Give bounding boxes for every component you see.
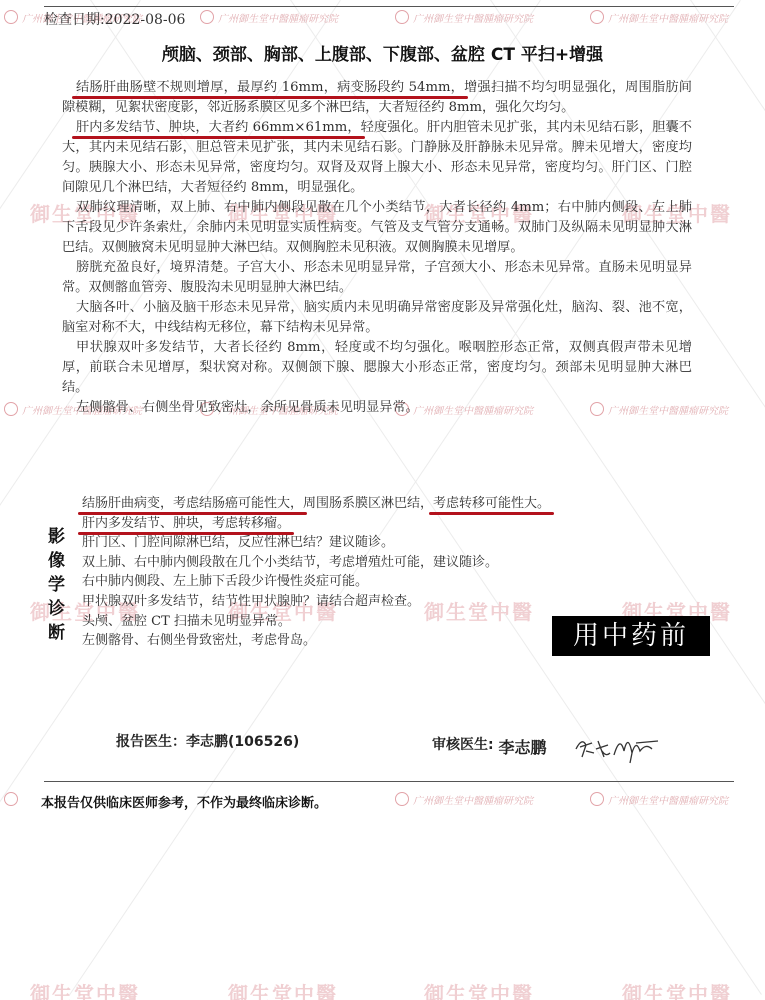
seal-icon xyxy=(590,10,604,24)
findings-section: 结肠肝曲肠壁不规则增厚，最厚约 16mm，病变肠段约 54mm，增强扫描不均匀明… xyxy=(62,78,692,418)
watermark-text: 广州御生堂中醫腫瘤研究院 xyxy=(200,10,338,25)
report-title: 颅脑、颈部、胸部、上腹部、下腹部、盆腔 CT 平扫+增强 xyxy=(0,40,765,65)
reporting-doctor: 报告医生：李志鹏(106526) xyxy=(116,731,299,751)
seal-icon xyxy=(4,792,18,806)
seal-icon xyxy=(4,10,18,24)
impression-label: 影 像 学 诊 断 xyxy=(48,525,68,645)
impression-label-char: 学 xyxy=(48,573,68,597)
impression-label-char: 断 xyxy=(48,621,68,645)
impression-line: 结肠肝曲病变，考虑结肠癌可能性大，周围肠系膜区淋巴结，考虑转移可能性大。 xyxy=(82,494,662,514)
footer-rule xyxy=(44,781,734,782)
watermark-text: 广州御生堂中醫腫瘤研究院 xyxy=(395,10,533,25)
highlight-colon-cancer: 结肠肝曲病变，考虑结肠癌可能性大， xyxy=(82,496,303,511)
highlight-colon-lesion: 结肠肝曲肠壁不规则增厚，最厚约 16mm，病变肠段约 54mm， xyxy=(76,80,464,95)
exam-date: 检查日期:2022-08-06 xyxy=(44,9,185,29)
seal-icon xyxy=(200,10,214,24)
watermark-large: 御生堂中醫 xyxy=(424,978,534,1000)
highlight-liver-mass: 肝内多发结节、肿块，大者约 66mm×61mm， xyxy=(76,120,361,135)
exam-date-label: 检查日期: xyxy=(44,12,105,28)
reviewing-doctor-name: 李志鹏 xyxy=(498,738,546,757)
watermark-text: 广州御生堂中醫腫瘤研究院 xyxy=(590,10,728,25)
watermark-text: 广州御生堂中醫腫瘤研究院 xyxy=(590,792,728,807)
seal-icon xyxy=(590,792,604,806)
impression-label-char: 像 xyxy=(48,549,68,573)
seal-icon xyxy=(395,792,409,806)
seal-icon xyxy=(395,10,409,24)
watermark-text xyxy=(4,792,22,807)
impression-line: 肝内多发结节、肿块，考虑转移瘤。 xyxy=(82,514,662,534)
impression-line: 甲状腺双叶多发结节，结节性甲状腺肿？请结合超声检查。 xyxy=(82,592,662,612)
exam-date-value: 2022-08-06 xyxy=(105,12,186,28)
finding-neck: 甲状腺双叶多发结节，大者长径约 8mm，轻度或不均匀强化。喉咽腔形态正常，双侧真… xyxy=(62,338,692,398)
finding-bones: 左侧髂骨、右侧坐骨见致密灶，余所见骨质未见明显异常。 xyxy=(62,398,692,418)
impression-label-char: 影 xyxy=(48,525,68,549)
reporting-doctor-name: 李志鹏(106526) xyxy=(186,734,299,750)
reviewing-doctor: 审核医生: 李志鹏 xyxy=(432,731,547,754)
handwritten-signature xyxy=(572,727,662,767)
impression-label-char: 诊 xyxy=(48,597,68,621)
finding-pelvis: 膀胱充盈良好，境界清楚。子宫大小、形态未见明显异常，子宫颈大小、形态未见异常。直… xyxy=(62,258,692,298)
watermark-text: 广州御生堂中醫腫瘤研究院 xyxy=(395,792,533,807)
watermark-row-bottom: 御生堂中醫 御生堂中醫 御生堂中醫 御生堂中醫 xyxy=(0,978,765,998)
impression-text: 周围肠系膜区淋巴结， xyxy=(303,496,433,511)
impression-line: 右中肺内侧段、左上肺下舌段少许慢性炎症可能。 xyxy=(82,572,662,592)
disclaimer: 本报告仅供临床医师参考，不作为最终临床诊断。 xyxy=(41,792,327,811)
highlight-liver-metastasis: 肝内多发结节、肿块，考虑转移瘤。 xyxy=(82,516,290,531)
reviewing-doctor-label: 审核医生: xyxy=(432,737,494,753)
seal-icon xyxy=(4,402,18,416)
top-rule xyxy=(44,6,734,7)
watermark-large: 御生堂中醫 xyxy=(30,978,140,1000)
finding-colon: 结肠肝曲肠壁不规则增厚，最厚约 16mm，病变肠段约 54mm，增强扫描不均匀明… xyxy=(62,78,692,118)
before-tcm-label: 用中药前 xyxy=(552,616,710,656)
impression-line: 肝门区、门腔间隙淋巴结，反应性淋巴结？建议随诊。 xyxy=(82,533,662,553)
finding-liver: 肝内多发结节、肿块，大者约 66mm×61mm，轻度强化。肝内胆管未见扩张，其内… xyxy=(62,118,692,198)
finding-brain: 大脑各叶、小脑及脑干形态未见异常，脑实质内未见明确异常密度影及异常强化灶，脑沟、… xyxy=(62,298,692,338)
reporting-doctor-label: 报告医生： xyxy=(116,734,186,750)
watermark-large: 御生堂中醫 xyxy=(622,978,732,1000)
impression-line: 双上肺、右中肺内侧段散在几个小类结节，考虑增殖灶可能，建议随诊。 xyxy=(82,553,662,573)
watermark-large: 御生堂中醫 xyxy=(228,978,338,1000)
finding-lungs: 双肺纹理清晰，双上肺、右中肺内侧段见散在几个小类结节，大者长径约 4mm；右中肺… xyxy=(62,198,692,258)
highlight-metastasis: 考虑转移可能性大。 xyxy=(433,496,550,511)
